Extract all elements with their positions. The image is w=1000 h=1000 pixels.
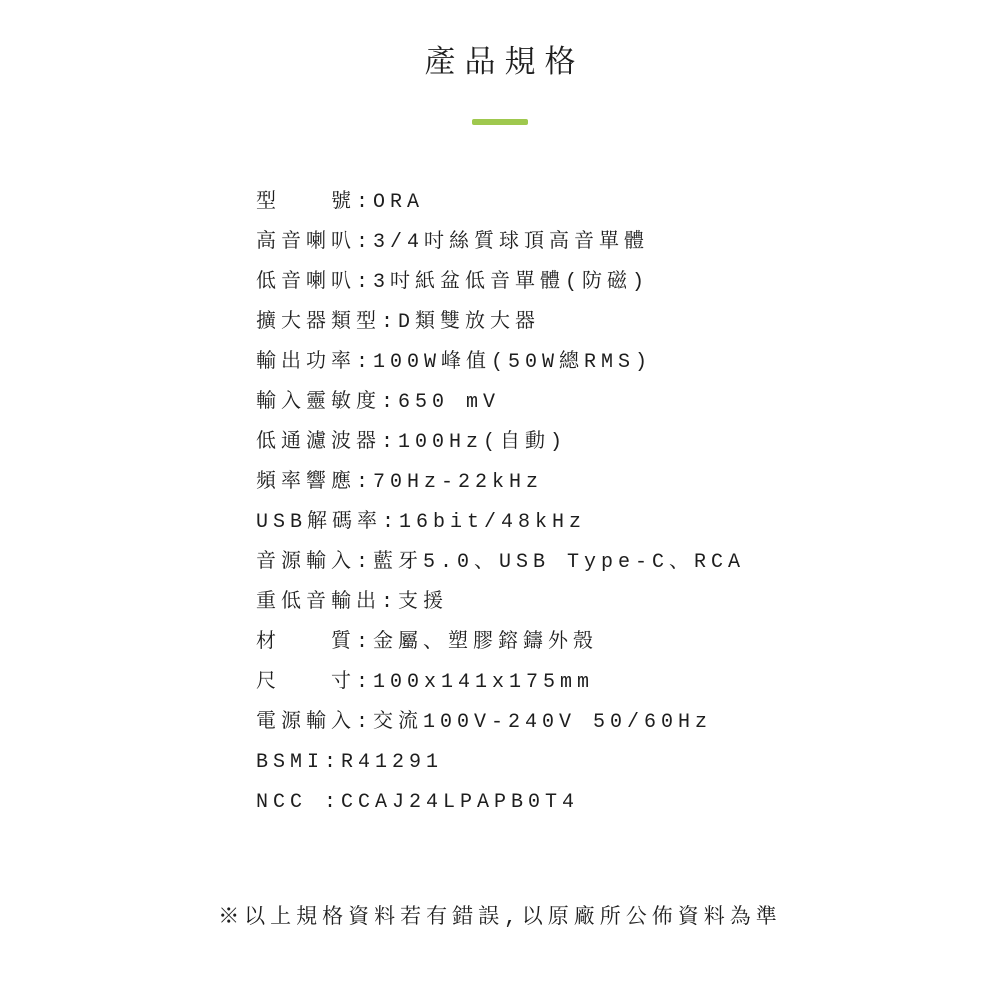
spec-value: 金屬、塑膠鎔鑄外殼 <box>373 631 598 654</box>
title-divider <box>472 119 528 125</box>
spec-row-ncc: NCC :CCAJ24LPAPB0T4 <box>256 783 960 823</box>
spec-label: 低通濾波器 <box>256 431 381 454</box>
spec-separator: : <box>381 431 398 454</box>
spec-value: 3吋紙盆低音單體(防磁) <box>373 271 649 294</box>
spec-value: CCAJ24LPAPB0T4 <box>341 791 579 814</box>
spec-separator: : <box>356 351 373 374</box>
spec-row-material: 材 質:金屬、塑膠鎔鑄外殼 <box>256 623 960 663</box>
spec-label: 高音喇叭 <box>256 231 356 254</box>
spec-separator: : <box>324 751 341 774</box>
spec-label: BSMI <box>256 751 324 774</box>
spec-row-frequency-response: 頻率響應:70Hz-22kHz <box>256 463 960 503</box>
spec-value: 100Hz(自動) <box>398 431 567 454</box>
spec-row-output-power: 輸出功率:100W峰值(50W總RMS) <box>256 343 960 383</box>
spec-value: 支援 <box>398 591 448 614</box>
spec-value: 藍牙5.0、USB Type-C、RCA <box>373 551 745 574</box>
footer-disclaimer: ※以上規格資料若有錯誤,以原廠所公佈資料為準 <box>0 902 1000 935</box>
spec-row-model: 型 號:ORA <box>256 183 960 223</box>
spec-value: R41291 <box>341 751 443 774</box>
spec-row-tweeter: 高音喇叭:3/4吋絲質球頂高音單體 <box>256 223 960 263</box>
spec-list: 型 號:ORA 高音喇叭:3/4吋絲質球頂高音單體 低音喇叭:3吋紙盆低音單體(… <box>256 183 960 823</box>
spec-label: 擴大器類型 <box>256 311 381 334</box>
spec-row-dimensions: 尺 寸:100x141x175mm <box>256 663 960 703</box>
spec-separator: : <box>356 191 373 214</box>
spec-row-power-input: 電源輸入:交流100V-240V 50/60Hz <box>256 703 960 743</box>
spec-label: 低音喇叭 <box>256 271 356 294</box>
spec-label: 音源輸入 <box>256 551 356 574</box>
spec-value: 100W峰值(50W總RMS) <box>373 351 652 374</box>
spec-row-lowpass-filter: 低通濾波器:100Hz(自動) <box>256 423 960 463</box>
spec-label: 材 質 <box>256 631 356 654</box>
spec-row-usb-decoding: USB解碼率:16bit/48kHz <box>256 503 960 543</box>
spec-label: 重低音輸出 <box>256 591 381 614</box>
spec-value: 交流100V-240V 50/60Hz <box>373 711 712 734</box>
spec-label: 型 號 <box>256 191 356 214</box>
spec-separator: : <box>356 631 373 654</box>
spec-separator: : <box>356 471 373 494</box>
spec-separator: : <box>356 711 373 734</box>
product-spec-page: 產品規格 型 號:ORA 高音喇叭:3/4吋絲質球頂高音單體 低音喇叭:3吋紙盆… <box>0 0 1000 1000</box>
spec-value: 16bit/48kHz <box>399 511 586 534</box>
spec-separator: : <box>356 231 373 254</box>
spec-separator: : <box>381 311 398 334</box>
spec-row-input-sensitivity: 輸入靈敏度:650 mV <box>256 383 960 423</box>
spec-separator: : <box>381 591 398 614</box>
page-title: 產品規格 <box>0 46 1000 84</box>
spec-separator: : <box>324 791 341 814</box>
spec-row-audio-input: 音源輸入:藍牙5.0、USB Type-C、RCA <box>256 543 960 583</box>
spec-value: D類雙放大器 <box>398 311 540 334</box>
spec-label: 輸出功率 <box>256 351 356 374</box>
spec-row-amplifier-type: 擴大器類型:D類雙放大器 <box>256 303 960 343</box>
spec-label: 尺 寸 <box>256 671 356 694</box>
spec-separator: : <box>356 671 373 694</box>
spec-label: NCC <box>256 791 324 814</box>
spec-value: 70Hz-22kHz <box>373 471 543 494</box>
spec-value: ORA <box>373 191 424 214</box>
spec-row-woofer: 低音喇叭:3吋紙盆低音單體(防磁) <box>256 263 960 303</box>
spec-label: 電源輸入 <box>256 711 356 734</box>
spec-value: 650 mV <box>398 391 500 414</box>
spec-row-bsmi: BSMI:R41291 <box>256 743 960 783</box>
spec-label: 輸入靈敏度 <box>256 391 381 414</box>
spec-separator: : <box>381 391 398 414</box>
spec-row-subwoofer-output: 重低音輸出:支援 <box>256 583 960 623</box>
spec-separator: : <box>382 511 399 534</box>
spec-value: 3/4吋絲質球頂高音單體 <box>373 231 649 254</box>
spec-label: 頻率響應 <box>256 471 356 494</box>
spec-label: USB解碼率 <box>256 511 382 534</box>
spec-value: 100x141x175mm <box>373 671 594 694</box>
spec-separator: : <box>356 271 373 294</box>
spec-separator: : <box>356 551 373 574</box>
